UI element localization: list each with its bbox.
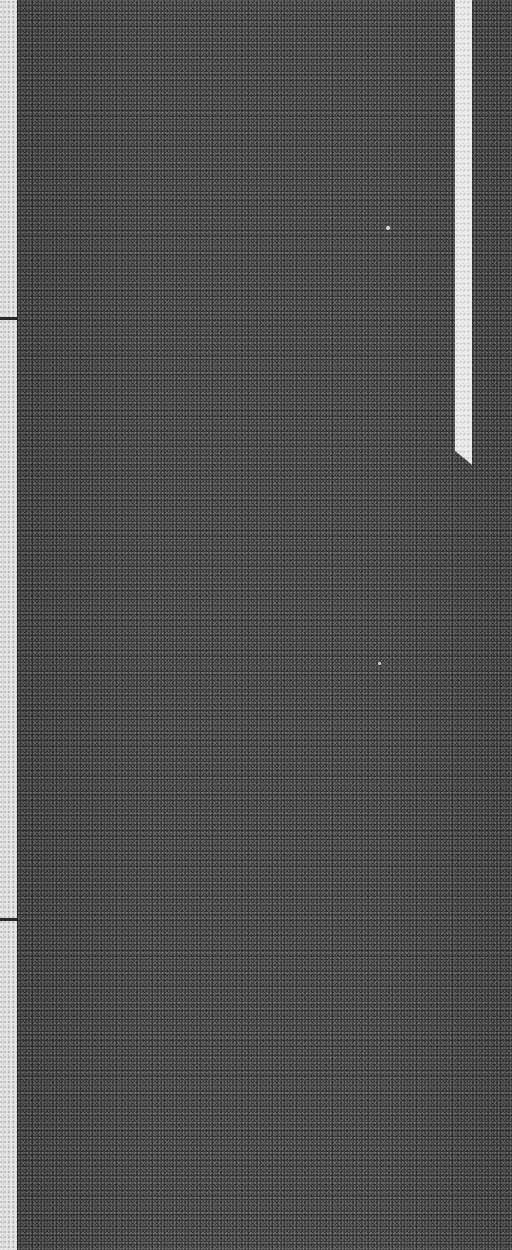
asphalt-shading xyxy=(0,0,512,1250)
debris-speck xyxy=(386,226,390,230)
left-edge-line xyxy=(0,0,17,1250)
lane-dash-marking xyxy=(455,0,472,465)
debris-speck xyxy=(378,662,381,665)
road-photo xyxy=(0,0,512,1250)
edge-line-joint xyxy=(0,918,17,921)
edge-line-joint xyxy=(0,317,17,320)
